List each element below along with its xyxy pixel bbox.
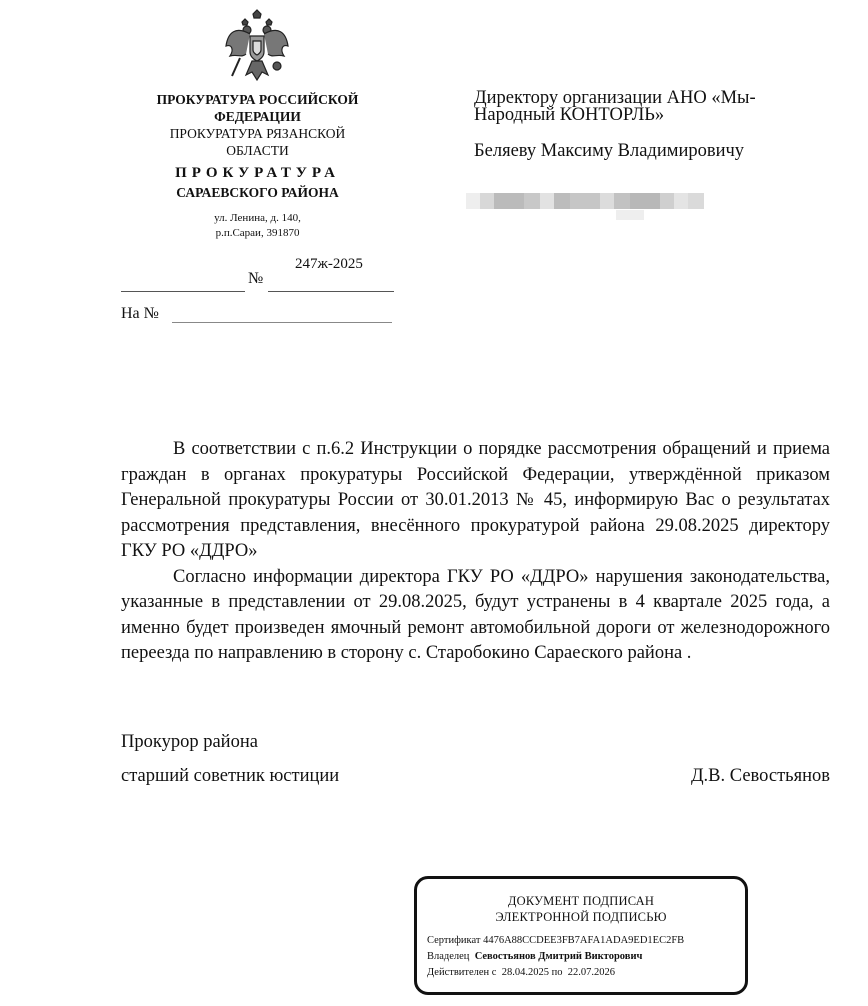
prosecutor-office-header: ПРОКУРАТУРА РОССИЙСКОЙ ФЕДЕРАЦИИ ПРОКУРА… xyxy=(120,91,395,241)
signatory-name: Д.В. Севостьянов xyxy=(691,766,830,787)
address-line1: ул. Ленина, д. 140, xyxy=(120,211,395,226)
valid-label: Действителен xyxy=(427,967,489,978)
region-name-line2: ОБЛАСТИ xyxy=(120,142,395,159)
signatory-rank: старший советник юстиции xyxy=(121,766,339,787)
letter-body: В соответствии с п.6.2 Инструкции о поря… xyxy=(121,437,830,667)
reply-to-label: На № xyxy=(121,305,159,323)
valid-from-date: 28.04.2025 xyxy=(502,967,549,978)
valid-to-prefix: по xyxy=(552,967,563,978)
number-underline xyxy=(268,291,394,292)
org-name-line2: ФЕДЕРАЦИИ xyxy=(120,108,395,125)
redacted-address-fragment xyxy=(616,210,644,220)
number-sign: № xyxy=(248,270,263,288)
date-underline xyxy=(121,291,245,292)
e-signature-stamp: ДОКУМЕНТ ПОДПИСАН ЭЛЕКТРОННОЙ ПОДПИСЬЮ С… xyxy=(414,876,748,995)
signatory-position: Прокурор района xyxy=(121,732,258,753)
stamp-title-line2: ЭЛЕКТРОННОЙ ПОДПИСЬЮ xyxy=(417,909,745,925)
addressee-name: Беляеву Максиму Владимировичу xyxy=(474,143,744,160)
owner-value: Севостьянов Дмитрий Викторович xyxy=(475,951,643,962)
stamp-title-line1: ДОКУМЕНТ ПОДПИСАН xyxy=(417,893,745,909)
stamp-owner: Владелец Севостьянов Дмитрий Викторович xyxy=(427,949,745,965)
russian-coat-of-arms-icon xyxy=(222,8,292,88)
address-line2: р.п.Сараи, 391870 xyxy=(120,226,395,241)
body-paragraph-2: Согласно информации директора ГКУ РО «ДД… xyxy=(121,565,830,667)
reply-to-underline xyxy=(172,322,392,323)
district-title: ПРОКУРАТУРА xyxy=(120,165,395,182)
certificate-value: 4476A88CCDEE3FB7AFA1ADA9ED1EC2FB xyxy=(483,935,684,946)
stamp-certificate: Сертификат 4476A88CCDEE3FB7AFA1ADA9ED1EC… xyxy=(427,933,745,949)
org-name-line1: ПРОКУРАТУРА РОССИЙСКОЙ xyxy=(120,91,395,108)
valid-from-prefix: с xyxy=(492,967,497,978)
stamp-validity: Действителен с 28.04.2025 по 22.07.2026 xyxy=(427,965,745,981)
valid-to-date: 22.07.2026 xyxy=(568,967,615,978)
addressee-org-line2: Народный КОНТОРЛЬ» xyxy=(474,107,664,124)
outgoing-number: 247ж-2025 xyxy=(295,256,363,273)
owner-label: Владелец xyxy=(427,951,469,962)
region-name-line1: ПРОКУРАТУРА РЯЗАНСКОЙ xyxy=(120,125,395,142)
body-paragraph-1: В соответствии с п.6.2 Инструкции о поря… xyxy=(121,437,830,565)
certificate-label: Сертификат xyxy=(427,935,480,946)
district-subtitle: САРАЕВСКОГО РАЙОНА xyxy=(120,184,395,201)
redacted-address xyxy=(466,193,704,211)
